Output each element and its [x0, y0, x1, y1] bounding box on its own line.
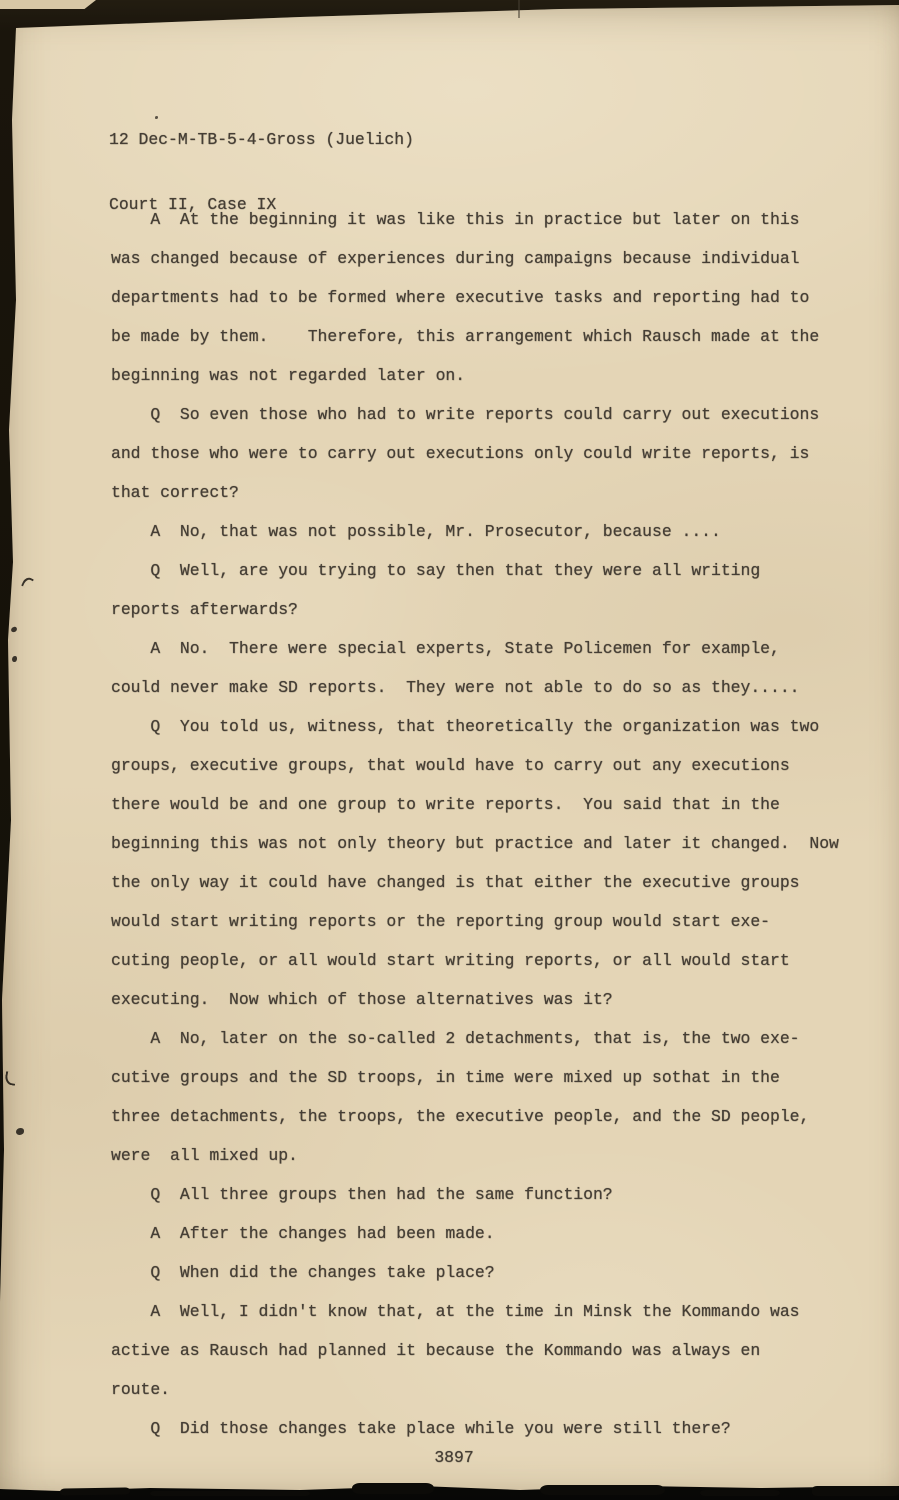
scan-background: 12 Dec-M-TB-5-4-Gross (Juelich) Court II… — [0, 0, 899, 1500]
typed-line: be made by them. Therefore, this arrange… — [111, 317, 839, 356]
typed-line: A No, that was not possible, Mr. Prosecu… — [111, 512, 839, 551]
typed-line: A No. There were special experts, State … — [111, 629, 839, 668]
typed-line: Q You told us, witness, that theoretical… — [111, 707, 839, 746]
typed-line: departments had to be formed where execu… — [111, 278, 839, 317]
typed-line: A Well, I didn't know that, at the time … — [111, 1292, 839, 1331]
typed-line: could never make SD reports. They were n… — [111, 668, 839, 707]
typed-line: the only way it could have changed is th… — [111, 863, 839, 902]
typed-line: active as Rausch had planned it because … — [111, 1331, 839, 1370]
typed-line: A No, later on the so-called 2 detachmen… — [111, 1019, 839, 1058]
typed-line: groups, executive groups, that would hav… — [111, 746, 839, 785]
scan-smudge — [700, 1490, 780, 1496]
header-line-1: 12 Dec-M-TB-5-4-Gross (Juelich) — [109, 129, 414, 151]
typed-line: were all mixed up. — [111, 1136, 839, 1175]
adjacent-page-edge — [0, 0, 96, 9]
scan-smudge — [150, 1491, 310, 1496]
typed-line: Q Did those changes take place while you… — [111, 1409, 839, 1448]
typed-line: was changed because of experiences durin… — [111, 239, 839, 278]
page-number: 3897 — [20, 1448, 888, 1467]
typed-line: three detachments, the troops, the execu… — [111, 1097, 839, 1136]
typed-line: that correct? — [111, 473, 839, 512]
typed-line: would start writing reports or the repor… — [111, 902, 839, 941]
typed-line: Q When did the changes take place? — [111, 1253, 839, 1292]
scan-line-artifact — [518, 0, 520, 18]
typed-line: route. — [111, 1370, 839, 1409]
scan-smudge — [812, 1486, 899, 1496]
transcript-body: A At the beginning it was like this in p… — [111, 200, 839, 1448]
typed-line: cutive groups and the SD troops, in time… — [111, 1058, 839, 1097]
typed-line: Q Well, are you trying to say then that … — [111, 551, 839, 590]
typed-line: A After the changes had been made. — [111, 1214, 839, 1253]
typed-line: beginning this was not only theory but p… — [111, 824, 839, 863]
typed-line: cuting people, or all would start writin… — [111, 941, 839, 980]
typed-line: A At the beginning it was like this in p… — [111, 200, 839, 239]
typed-line: reports afterwards? — [111, 590, 839, 629]
typed-line: Q All three groups then had the same fun… — [111, 1175, 839, 1214]
scan-smudge — [60, 1487, 130, 1495]
scan-smudge — [352, 1483, 434, 1494]
typed-line: beginning was not regarded later on. — [111, 356, 839, 395]
typed-line: Q So even those who had to write reports… — [111, 395, 839, 434]
typed-line: executing. Now which of those alternativ… — [111, 980, 839, 1019]
scan-smudge — [540, 1485, 665, 1495]
typed-line: there would be and one group to write re… — [111, 785, 839, 824]
typed-line: and those who were to carry out executio… — [111, 434, 839, 473]
